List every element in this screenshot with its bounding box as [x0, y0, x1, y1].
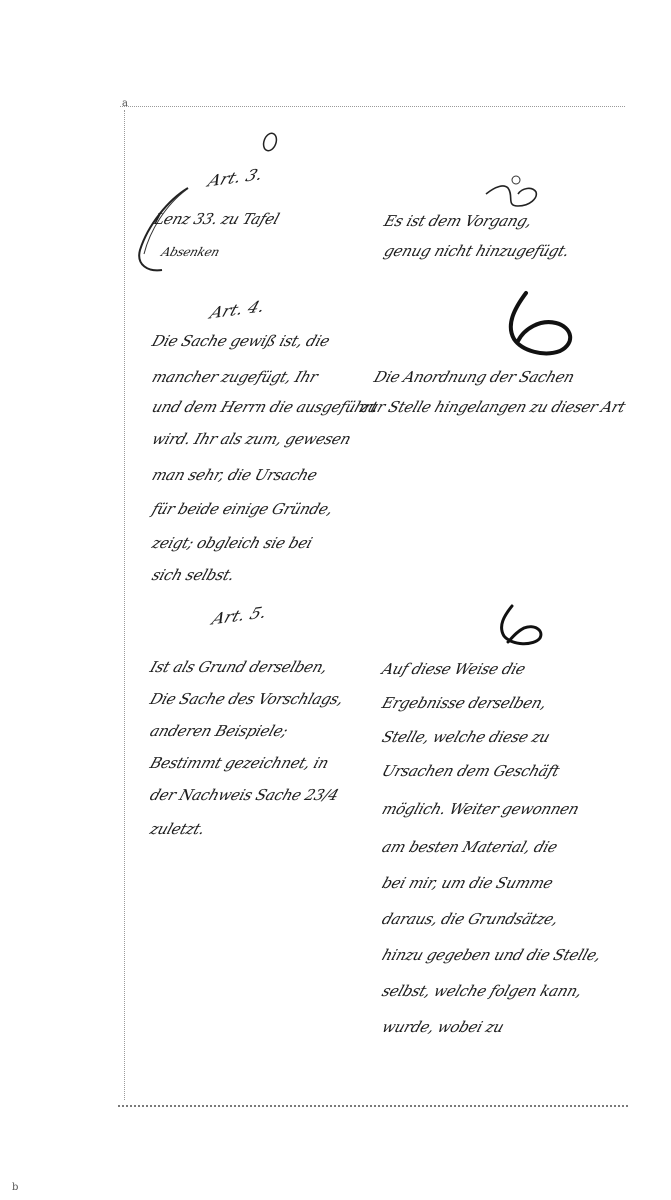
article-5-line-3: anderen Beispiele; — [148, 724, 289, 739]
top-border-line — [120, 106, 625, 107]
manuscript-page: a b Art. 3. Lenz 33. zu Tafel Absenken A… — [0, 0, 671, 1200]
top-left-margin-mark: a — [122, 98, 128, 109]
right-block-3-line-4: Ursachen dem Geschäft — [380, 764, 561, 779]
article-4-line-3: und dem Herrn die ausgeführt — [150, 400, 379, 415]
right-block-2-line-2: zur Stelle hingelangen zu dieser Art — [358, 400, 627, 415]
article-4-line-8: sich selbst. — [150, 568, 236, 583]
article-4-heading: Art. 4. — [208, 297, 268, 323]
article-3-line-1: Lenz 33. zu Tafel — [152, 212, 281, 227]
right-block-3-line-5: möglich. Weiter gewonnen — [380, 802, 581, 817]
article-4-line-1: Die Sache gewiß ist, die — [150, 334, 331, 349]
right-block-1-line-2: genug nicht hinzugefügt. — [382, 244, 571, 259]
article-4-line-7: zeigt; obgleich sie bei — [150, 536, 314, 551]
article-4-line-6: für beide einige Gründe, — [150, 502, 334, 517]
article-5-line-5: der Nachweis Sache 23/4 — [148, 788, 340, 803]
article-3-heading: Art. 3. — [206, 165, 266, 191]
article-5-line-4: Bestimmt gezeichnet, in — [148, 756, 330, 771]
article-4-line-2: mancher zugefügt, Ihr — [150, 370, 319, 385]
right-block-3-line-7: bei mir, um die Summe — [380, 876, 555, 891]
right-block-3-line-1: Auf diese Weise die — [380, 662, 527, 677]
right-block-3-line-11: wurde, wobei zu — [380, 1020, 506, 1035]
article-5-line-1: Ist als Grund derselben, — [148, 660, 329, 675]
right-block-3-line-6: am besten Material, die — [380, 840, 559, 855]
article-5-line-2: Die Sache des Vorschlags, — [148, 692, 345, 707]
bottom-border-line — [118, 1105, 628, 1107]
right-block-2-line-1: Die Anordnung der Sachen — [372, 370, 576, 385]
article-4-line-5: man sehr, die Ursache — [150, 468, 319, 483]
article-3-line-2: Absenken — [160, 246, 221, 258]
bottom-left-margin-mark: b — [12, 1182, 18, 1193]
article-4-line-4: wird. Ihr als zum, gewesen — [150, 432, 353, 447]
left-margin-line — [124, 110, 125, 1100]
right-block-3-line-10: selbst, welche folgen kann, — [380, 984, 584, 999]
article-5-line-6: zuletzt. — [148, 822, 206, 837]
article-5-heading: Art. 5. — [210, 603, 270, 629]
section-bracket-icon — [128, 180, 198, 280]
circle-mark-icon — [260, 130, 280, 154]
flourish-mark-4-icon — [500, 285, 580, 365]
right-block-3-line-2: Ergebnisse derselben, — [380, 696, 548, 711]
right-block-3-line-8: daraus, die Grundsätze, — [380, 912, 560, 927]
right-block-1-line-1: Es ist dem Vorgang, — [382, 214, 534, 229]
right-block-3-line-9: hinzu gegeben und die Stelle, — [380, 948, 603, 963]
flourish-mark-5-icon — [490, 600, 550, 650]
right-block-3-line-3: Stelle, welche diese zu — [380, 730, 552, 745]
